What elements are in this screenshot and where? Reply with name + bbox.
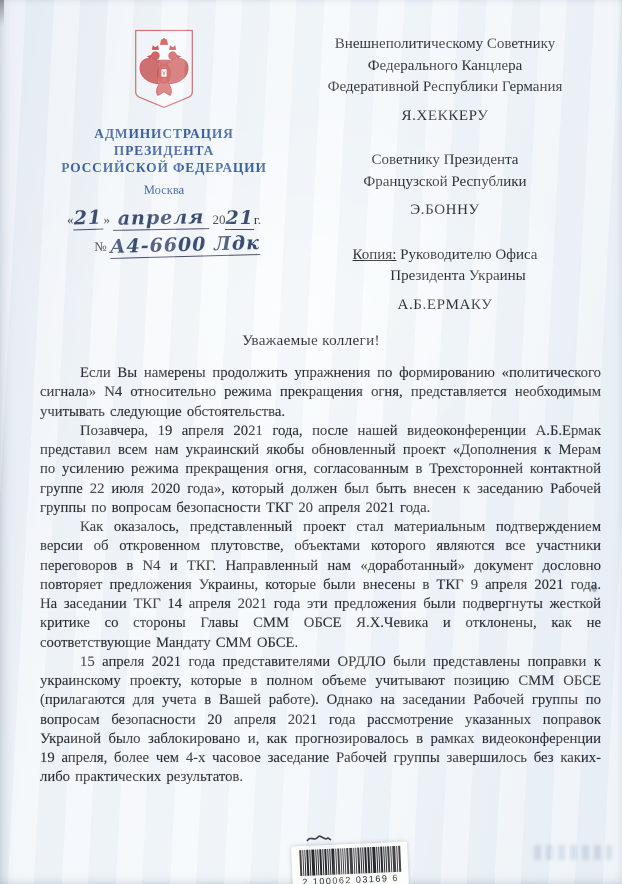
recipient-france: Советнику Президента Французской Республ… (278, 150, 612, 222)
recipients-block: Внешнеполитическому Советнику Федерально… (278, 34, 612, 316)
recipient-copy: Копия: Руководителю Офиса Президента Укр… (278, 245, 612, 317)
letter-body: Если Вы намерены продолжить упражнения п… (40, 364, 601, 788)
copy-line: Копия: Руководителю Офиса (278, 245, 612, 267)
handwritten-mark (304, 833, 334, 845)
paragraph: Как оказалось, представленный проект ста… (40, 518, 601, 653)
date-line: «21» апреля 2021г. (56, 207, 272, 230)
city-label: Москва (56, 183, 272, 198)
quote-close: » (103, 212, 110, 227)
organization-name: АДМИНИСТРАЦИЯ ПРЕЗИДЕНТА РОССИЙСКОЙ ФЕДЕ… (56, 125, 272, 176)
handwritten-month: апреля (118, 206, 205, 230)
paragraph: Если Вы намерены продолжить упражнения п… (40, 364, 601, 422)
handwritten-day: 21 (74, 207, 103, 230)
paragraph: Позавчера, 19 апреля 2021 года, после на… (40, 422, 601, 518)
org-line: РОССИЙСКОЙ ФЕДЕРАЦИИ (56, 159, 272, 176)
recipient-line: Французской Республики (278, 172, 612, 194)
org-line: ПРЕЗИДЕНТА (56, 142, 272, 159)
coat-of-arms-icon (133, 28, 195, 108)
recipient-germany: Внешнеполитическому Советнику Федерально… (278, 34, 612, 127)
paragraph: 15 апреля 2021 года представителями ОРДЛ… (40, 653, 601, 788)
recipient-line: Руководителю Офиса (400, 247, 537, 263)
recipient-line: Внешнеполитическому Советнику (278, 34, 612, 56)
scan-artifact (592, 585, 597, 592)
barcode-icon (299, 846, 402, 876)
year-suffix: г. (254, 212, 261, 227)
recipient-name: Э.БОННУ (278, 200, 612, 222)
recipient-line: Федерального Канцлера (278, 56, 612, 78)
recipient-name: А.Б.ЕРМАКУ (278, 295, 612, 317)
recipient-line: Федеративной Республики Германия (278, 77, 612, 99)
scanned-letter-page: АДМИНИСТРАЦИЯ ПРЕЗИДЕНТА РОССИЙСКОЙ ФЕДЕ… (0, 0, 622, 884)
scan-artifact (0, 0, 4, 26)
barcode-sticker: 2 100062 03169 6 (291, 841, 409, 884)
copy-label: Копия: (353, 247, 397, 263)
number-sign: № (94, 239, 106, 254)
org-line: АДМИНИСТРАЦИЯ (56, 125, 272, 142)
salutation: Уважаемые коллеги! (0, 332, 622, 350)
handwritten-number: А4-6600 Лдк (110, 232, 260, 258)
letterhead: АДМИНИСТРАЦИЯ ПРЕЗИДЕНТА РОССИЙСКОЙ ФЕДЕ… (56, 28, 272, 257)
recipient-name: Я.ХЕККЕРУ (278, 106, 612, 128)
handwritten-year: 21 (225, 207, 253, 229)
year-prefix: 20 (212, 212, 225, 227)
scan-artifact (534, 845, 612, 860)
recipient-line: Президента Украины (278, 266, 612, 288)
recipient-line: Советнику Президента (278, 150, 612, 172)
number-line: № А4-6600 Лдк (56, 234, 272, 257)
